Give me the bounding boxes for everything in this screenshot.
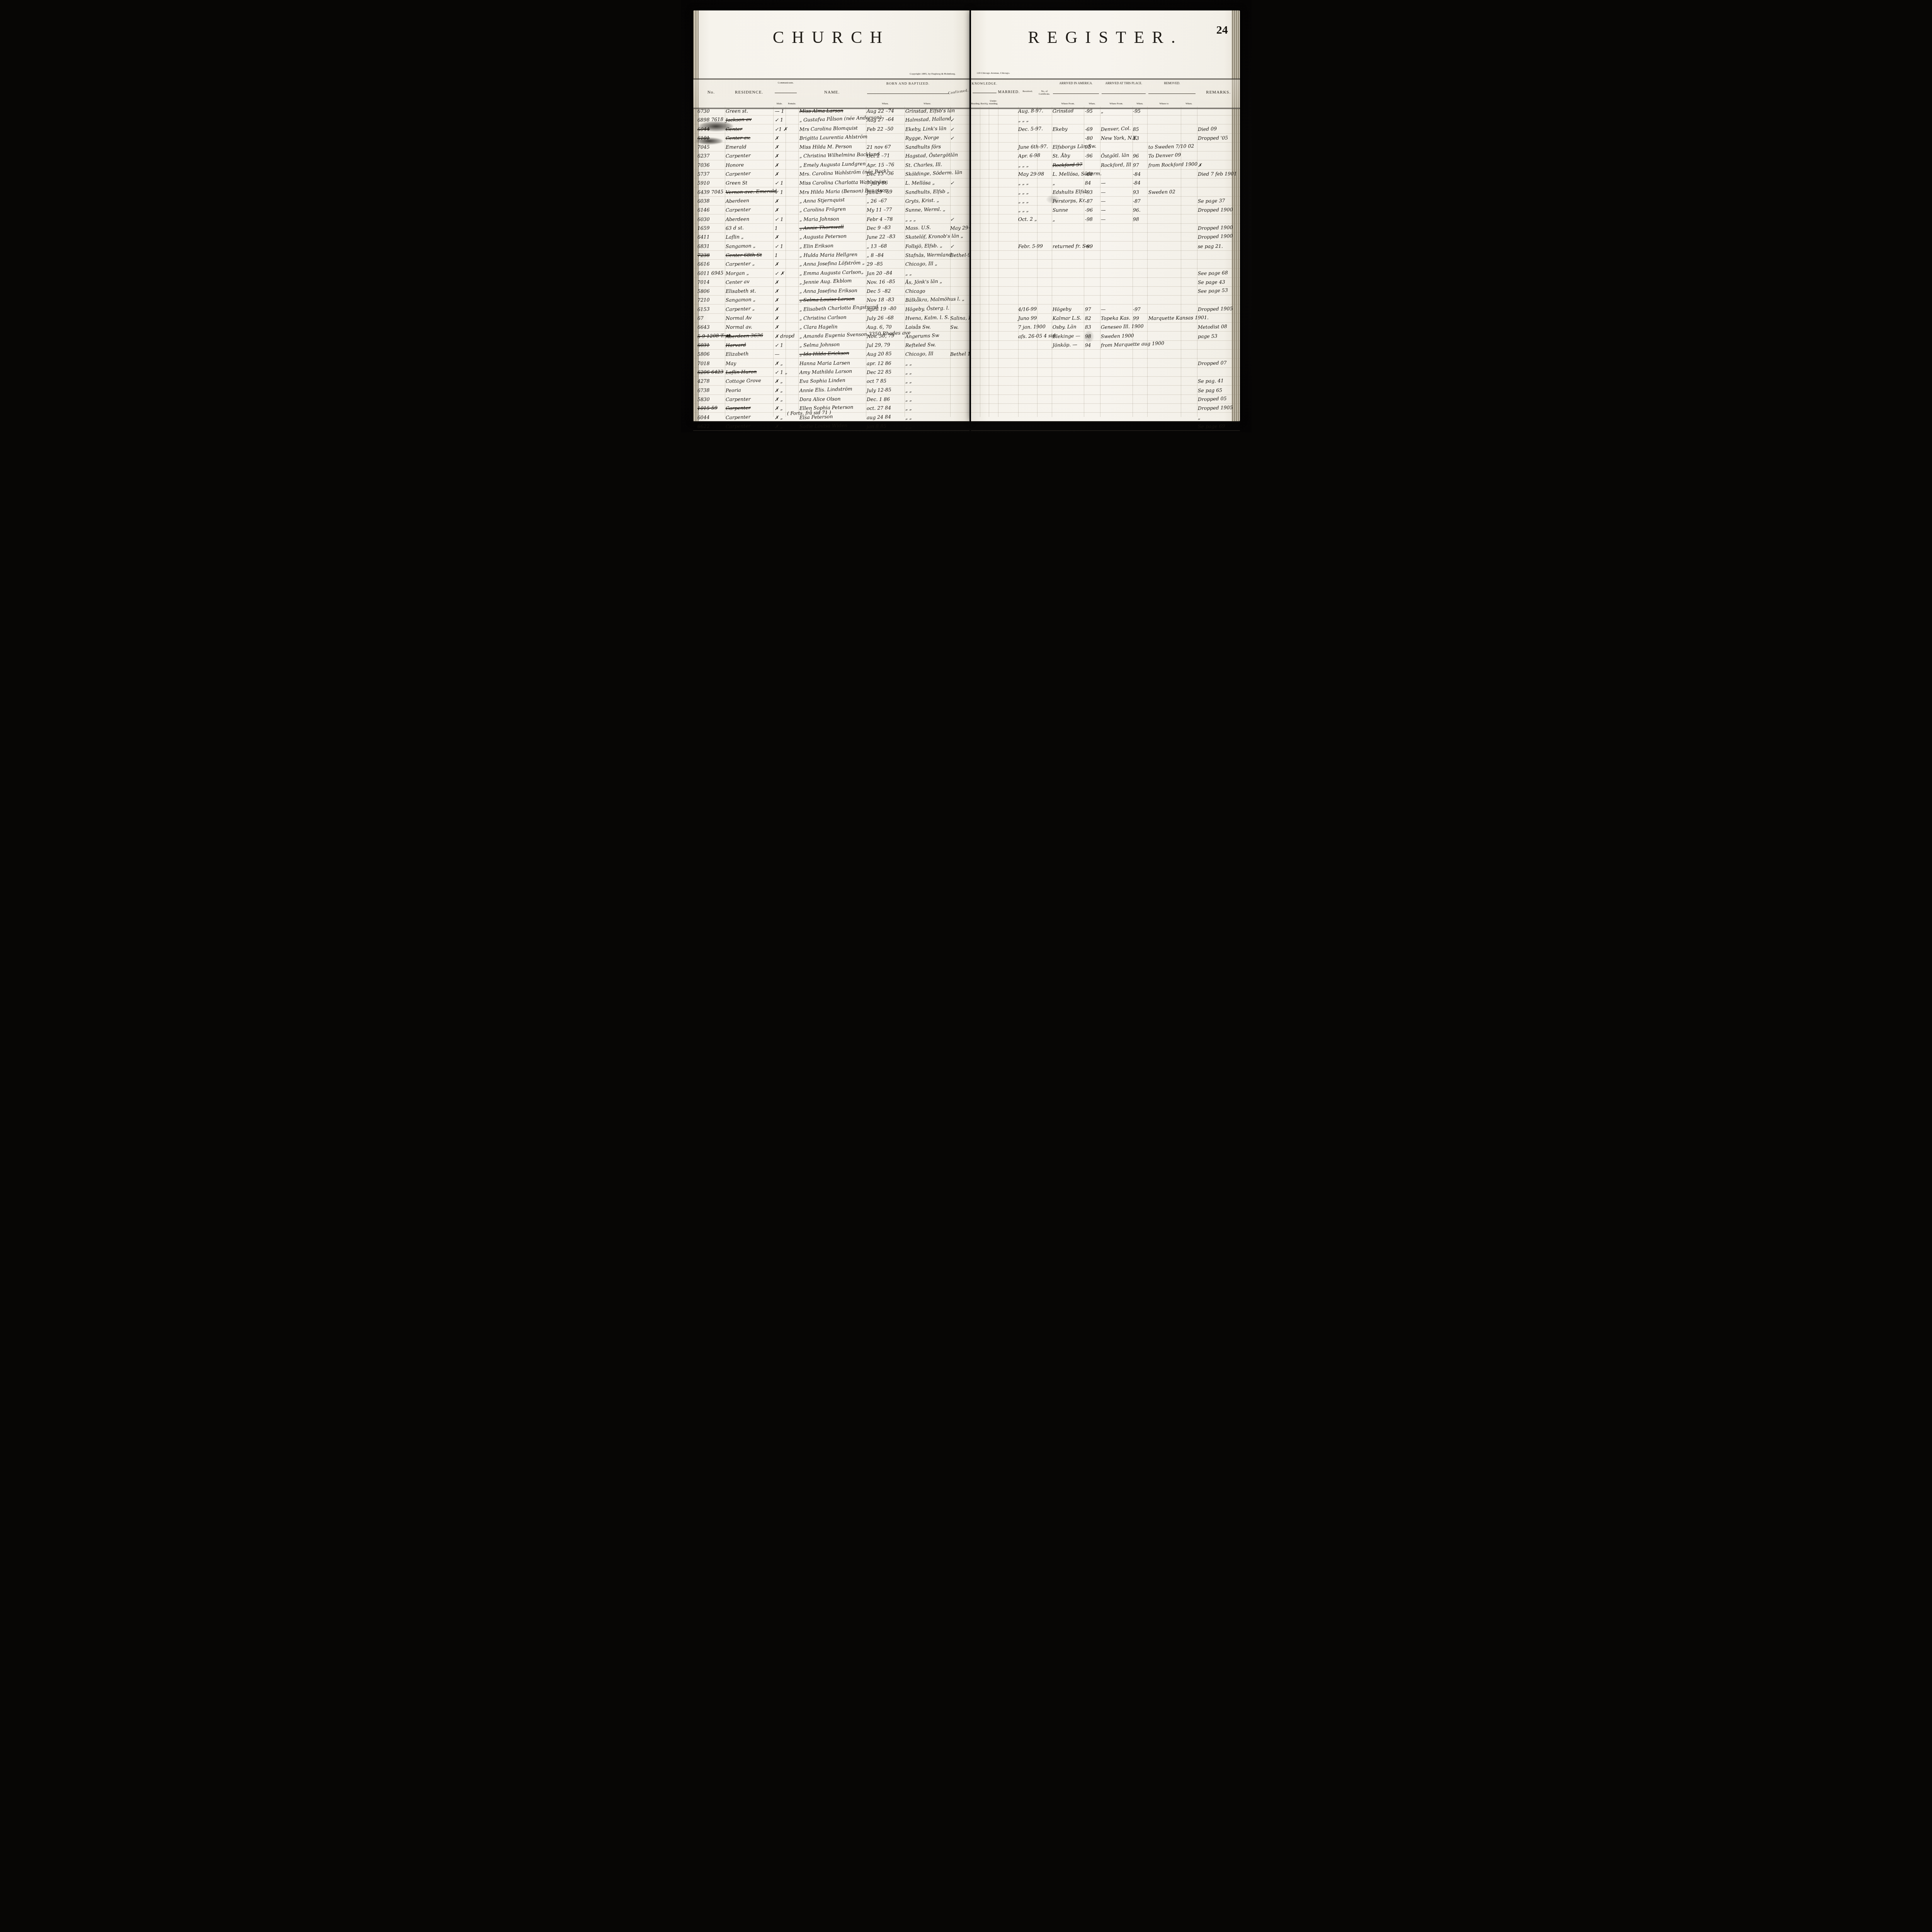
cell-name: Dora Alice Olson <box>799 396 841 403</box>
cell-no: 6146 <box>697 207 710 214</box>
cell-aplw: -97 <box>1133 306 1141 313</box>
register-row: June 6th-97.Elfsborgs Län Sw.95to Sweden… <box>971 143 1240 151</box>
cell-conf: ✓ <box>950 216 954 223</box>
cell-no: 6011 6945 <box>697 270 724 277</box>
register-row: 6030Aberdeen✓ 1„ Maria JohnsonFebr 4 –78… <box>693 214 969 223</box>
cell-com: ✗ <box>775 234 779 241</box>
register-row: 4/16-99Högeby97—-97Dropped 1905 <box>971 304 1240 313</box>
cell-where: Chicago <box>905 288 925 295</box>
cell-no: 6237 <box>697 153 710 160</box>
cell-name: Miss Alma Larson <box>799 108 844 115</box>
cell-conf: ✓ <box>950 117 954 124</box>
cell-where: „ „ <box>905 414 912 421</box>
cell-apl: Östgötl. län <box>1101 153 1129 160</box>
cell-aamw: -96 <box>1085 207 1093 214</box>
cell-aam: Högeby <box>1053 306 1071 313</box>
cell-rmk: Dropped 1900 <box>1198 234 1233 241</box>
right-page-rows: Aug. 8-97.Grinstad-95„-95„ „ „Dec. 5-97.… <box>971 107 1240 417</box>
register-row: See page 53 <box>971 287 1240 296</box>
cell-where: Chicago, Ill „ <box>905 261 937 268</box>
col-header-removed-when: When. <box>1181 103 1197 105</box>
cell-aam: Blekinge — <box>1053 333 1080 340</box>
col-header-aa-when: When. <box>1084 103 1100 105</box>
cell-where: Gryts, Krist. „ <box>905 198 939 205</box>
cell-aplw: 98 <box>1133 216 1139 223</box>
cell-apl: — <box>1101 216 1106 223</box>
cell-com: ✓1 ✗ <box>775 126 787 133</box>
cell-name: Annie Elis. Lindström <box>799 387 852 394</box>
cell-where: Sunne, Werml. „ <box>905 207 946 214</box>
cell-rem: Sweden 02 <box>1148 189 1175 196</box>
cell-when: jan 8 85 <box>867 423 886 430</box>
cell-when: Dec 22 85 <box>867 369 891 376</box>
cell-aplw: 97 <box>1133 162 1139 169</box>
born-rule <box>867 94 949 94</box>
cell-aam: Osby. Län <box>1053 324 1077 331</box>
cell-when: Dec 9 –83 <box>867 225 891 232</box>
left-page: CHURCH Copyright 1885, by Engberg & Holm… <box>693 10 969 421</box>
cell-apl: from Marquette aug 1900 <box>1101 342 1164 349</box>
cell-name: „ Selma Johnson <box>799 342 840 349</box>
cell-no: 5806 <box>697 351 710 358</box>
cell-res: Aberdeen 3636 <box>726 333 763 340</box>
cell-com: ✓ 1 <box>775 216 783 223</box>
cell-where: Grinstad, Elfsb's län <box>905 108 955 115</box>
cell-aplw: 96 <box>1133 153 1139 160</box>
cell-no: 6411 <box>697 234 710 241</box>
cell-res: Carpenter <box>726 423 751 430</box>
cell-name: „ Annie Thornwall <box>799 225 844 232</box>
register-row: 6411Laflin „✗„ Augusta PetersonJune 22 –… <box>693 233 969 241</box>
register-row: 5737Carpenter✗Mrs. Carolina Wahlström (n… <box>693 170 969 179</box>
cell-when: 29 –85 <box>867 261 883 268</box>
cell-com: ✗ <box>775 144 779 151</box>
cell-where: Hagstad, Östergötlän <box>905 153 958 160</box>
cell-no: 6622 <box>697 423 710 430</box>
cell-when: July 12-85 <box>867 387 891 394</box>
col-header-received: Received. <box>1018 90 1037 93</box>
register-row: Se pag. 41 <box>971 377 1240 386</box>
cell-rmk: page 53 <box>1198 333 1218 340</box>
register-row: 6738Peoria✗ „Annie Elis. LindströmJuly 1… <box>693 386 969 395</box>
cell-apl: Denver, Col. <box>1101 126 1131 133</box>
cell-rmk: Dropped 1905 <box>1198 306 1233 313</box>
cell-when: My 11 –77 <box>867 207 892 214</box>
cell-com: ✗ „ <box>775 414 783 421</box>
cell-rmk: Dropped '05 <box>1198 135 1228 142</box>
register-row: -80New York, N.Y.83Dropped '05 <box>971 134 1240 143</box>
cell-res: Morgan „ <box>726 270 749 277</box>
cell-when: Oct 2 –71 <box>867 153 890 160</box>
cell-com: ✗ „ <box>775 396 783 403</box>
cell-com: ✗ <box>775 153 779 160</box>
cell-aam: Edshults Elfsb <box>1053 189 1088 196</box>
cell-rec: May 29-98 <box>1018 171 1044 178</box>
cell-aam: L. Mellösa, Söderm. <box>1053 171 1102 178</box>
register-row: 5806Elisabeth st.✗„ Anna Josefina Erikso… <box>693 287 969 296</box>
cell-when: Jul 29, 79 <box>867 342 890 349</box>
copyright-line: Copyright 1885, by Engberg & Holmberg. <box>910 72 956 75</box>
right-page: REGISTER. 24 119 Chicago Avenue, Chicago… <box>971 10 1240 421</box>
cell-where: „ „ <box>905 378 912 385</box>
cell-res: Cottage Grove <box>726 378 761 385</box>
col-header-arrived-place: ARRIVED AT THIS PLACE. <box>1100 82 1147 85</box>
register-row: 6011 6945Morgan „✓ ✗„ Emma Augusta Carls… <box>693 269 969 277</box>
cell-rmk: Died 7 feb 1901 <box>1198 171 1237 178</box>
cell-res: Center 68th St <box>726 252 762 259</box>
cell-res: 63 d st. <box>726 225 744 232</box>
cell-no: 6030 <box>697 216 710 223</box>
register-row: Dropped 1900 <box>971 224 1240 233</box>
cell-when: Aug 20 85 <box>867 351 892 358</box>
cell-rec: Apr. 6-98 <box>1018 153 1041 160</box>
cell-rec: „ „ „ <box>1018 198 1029 205</box>
cell-name: „ Hulda Maria Hellgren <box>799 252 857 259</box>
cell-apl: — <box>1101 180 1106 187</box>
cell-no: 7238 <box>697 252 710 259</box>
register-row: 5-9 1208 T. stAberdeen 3636✗ dropd„ Aman… <box>693 332 969 340</box>
left-page-title: CHURCH <box>693 27 969 47</box>
register-row: 6439 7045Vernon ave. Emerald✓ 1Mrs Hilda… <box>693 187 969 196</box>
register-row: Se pag 65 <box>971 386 1240 395</box>
cell-com: ✓ 1 „ <box>775 369 787 376</box>
register-row: See page 68 <box>971 269 1240 277</box>
cell-com: ✗ <box>775 324 779 331</box>
register-row: 5830Carpenter✗ „Dora Alice OlsonDec. 1 8… <box>693 395 969 404</box>
register-row: 67Normal Av✗„ Christina CarlsonJuly 26 –… <box>693 314 969 323</box>
cell-rmk: „ <box>1198 414 1200 421</box>
register-row: 6622Carpenter✗ „Sadie Lovisa Widenjan 8 … <box>693 422 969 431</box>
cell-name: „ Selma Louisa Larson <box>799 297 855 304</box>
cell-res: Laflin Huron <box>726 369 757 376</box>
col-header-reciting: Recit'g. <box>980 103 989 105</box>
communicants-rule <box>775 93 797 93</box>
register-row: 4278Cottage Grove✗ „Eva Sophia Lindenoct… <box>693 377 969 386</box>
col-header-reading: Reading. <box>971 103 980 105</box>
cell-rem: To Denver 09 <box>1148 153 1181 160</box>
cell-when: „ 26 –67 <box>867 198 887 205</box>
cell-aam: „ <box>1053 180 1055 187</box>
register-row <box>971 296 1240 304</box>
cell-apl: — <box>1101 207 1106 214</box>
cell-apl: — <box>1101 306 1106 313</box>
register-row: „ „ „„84—-84 <box>971 179 1240 187</box>
cell-rmk: Dropped 1900 <box>1198 225 1233 232</box>
cell-no: 6643 <box>697 324 710 331</box>
cell-where: „ „ <box>905 423 912 430</box>
cell-com: ✗ „ <box>775 387 783 394</box>
col-header-when: When. <box>866 103 905 105</box>
cell-com: ✗ „ <box>775 423 783 430</box>
cell-apl: Sweden 1900 <box>1101 333 1134 340</box>
cell-when: Nov 18 –83 <box>867 297 895 304</box>
cell-name: „ Elin Erikson <box>799 243 833 250</box>
register-row: 6031Harvard✓ 1„ Selma JohnsonJul 29, 79R… <box>693 341 969 350</box>
cell-aplw: -95 <box>1133 108 1141 115</box>
cell-com: ✗ <box>775 279 779 286</box>
cell-aplw: 85 <box>1133 126 1139 133</box>
register-row: „ „ „Perstorps, Kr.-87—-87Se page 37 <box>971 197 1240 206</box>
cell-rmk: ✗ <box>1198 162 1202 169</box>
register-row: 7210Sangamon „✗„ Selma Louisa LarsonNov … <box>693 296 969 304</box>
cell-rec: 4/16-99 <box>1018 306 1037 313</box>
register-row: 6038Aberdeen✗„ Anna Stjernquist„ 26 –67G… <box>693 197 969 206</box>
cell-rec: 7 jan. 1900 <box>1018 324 1046 331</box>
cell-aamw: -93 <box>1085 189 1093 196</box>
register-row: 6044Carpenter✗ „Elsa Petersonaug 24 84„ … <box>693 413 969 422</box>
register-row: 7036Honore✗„ Emely Augusta LundgrenApr. … <box>693 160 969 169</box>
cell-no: 6031 <box>697 342 710 349</box>
cell-when: Jan 29 –69 <box>867 189 893 196</box>
cell-rmk: Dropped 07 <box>1198 360 1227 367</box>
cell-res: Carpenter <box>726 405 751 412</box>
cell-com: ✗ „ <box>775 378 783 385</box>
cell-aamw: -80 <box>1085 135 1093 142</box>
cell-where: „ „ <box>905 405 912 412</box>
register-row: 6643Normal av.✗„ Clara HagelinAug. 6, 70… <box>693 323 969 332</box>
cell-no: 6206 6423 <box>697 369 724 376</box>
cell-when: Apr. 15 –76 <box>867 162 895 169</box>
cell-conf: Bethel 19 <box>950 351 974 358</box>
cell-com: ✗ <box>775 288 779 295</box>
cell-apl: Topeka Kas. <box>1101 315 1130 322</box>
cell-name: „ Clara Hagelin <box>799 324 838 331</box>
cell-res: Carpenter <box>726 207 751 214</box>
cell-no: 6153 <box>697 306 710 313</box>
register-row: 6153Carpenter „✗„ Elisabeth Charlotta En… <box>693 304 969 313</box>
right-page-title: REGISTER. <box>971 27 1240 47</box>
col-header-communicants: Communicants. <box>773 82 798 85</box>
register-row: „ <box>971 413 1240 422</box>
register-row <box>971 251 1240 260</box>
register-row: Dropped 05 <box>971 395 1240 404</box>
cell-when: Nov. 30, 79 <box>867 333 895 340</box>
cell-conf: Sw. <box>950 324 959 331</box>
cell-when: Aug 27 –64 <box>867 117 894 124</box>
cell-no: 6730 <box>697 108 710 115</box>
cell-no: 5806 <box>697 288 710 295</box>
cell-aamw: 97 <box>1085 306 1091 313</box>
cell-res: Elisabeth st. <box>726 288 756 295</box>
cell-where: Halmstad, Halland <box>905 117 951 124</box>
cell-where: Sköldinge, Söderm. län <box>905 171 963 178</box>
cell-com: ✗ <box>775 306 779 313</box>
cell-aamw: -99 <box>1085 243 1093 250</box>
cell-when: oct. 27 84 <box>867 405 891 412</box>
cell-res: Carpenter „ <box>726 306 755 313</box>
cell-rmk: Se pag. 41 <box>1198 378 1224 385</box>
cell-where: Rygge, Norge <box>905 135 939 142</box>
cell-res: Sangamon „ <box>726 297 755 304</box>
cell-com: 1 <box>775 252 778 259</box>
cell-com: ✗ <box>775 297 779 304</box>
cell-rec: „ „ „ <box>1018 207 1029 214</box>
cell-com: ✓ ✗ <box>775 270 784 277</box>
register-row <box>971 260 1240 269</box>
col-header-ap-wherefrom: Where From. <box>1100 103 1132 105</box>
register-row: 7 jan. 1900Osby. Län83Geneseo Ill. 1900M… <box>971 323 1240 332</box>
cell-aam: Jönköp. — <box>1053 342 1077 349</box>
cell-name: „ Augusta Peterson <box>799 234 847 241</box>
register-row: 1015-59Carpenter✗ „Ellen Sophia Peterson… <box>693 404 969 413</box>
cell-rec: June 6th-97. <box>1018 144 1048 151</box>
cell-com: ✗ <box>775 198 779 205</box>
cell-rec: „ „ „ <box>1018 189 1029 196</box>
register-row: 6044Center✓1 ✗Mrs Carolina BlomquistFeb … <box>693 124 969 133</box>
cell-apl: Geneseo Ill. 1900 <box>1101 324 1144 331</box>
cell-no: 7014 <box>697 279 710 286</box>
cell-name: „ Anna Josefina Löfström „ <box>799 261 865 268</box>
cell-res: Emerald <box>726 144 747 151</box>
cell-rmk: Se page 69 <box>1198 423 1225 430</box>
register-row: 6237Carpenter✗„ Christina Wilhelmina Bac… <box>693 151 969 160</box>
cell-name: „ Christina Carlson <box>799 315 847 322</box>
cell-name: „ Emma Augusta Carlson„ <box>799 270 864 277</box>
cell-aplw: 83 <box>1133 135 1139 142</box>
cell-aamw: -96 <box>1085 153 1093 160</box>
cell-res: Peoria <box>726 387 741 394</box>
cell-name: Brigitta Laurentia Ahlström <box>799 135 867 142</box>
cell-where: „ „ <box>905 369 912 376</box>
cell-no: 6044 <box>697 414 710 421</box>
cell-when: Dec 5 –82 <box>867 288 891 295</box>
register-row: Dropped 07 <box>971 359 1240 367</box>
cell-aamw: -69 <box>1085 126 1093 133</box>
register-row: Dropped 1900 <box>971 233 1240 241</box>
cell-rem: to Sweden 7/10 02 <box>1148 144 1194 151</box>
cell-res: Harvard <box>726 342 746 349</box>
cell-com: ✗ <box>775 135 779 142</box>
cell-rmk: Se pag 65 <box>1198 387 1222 394</box>
cell-where: Hvena, Kalm. l. S. <box>905 315 949 322</box>
register-row <box>971 368 1240 377</box>
cell-name: „ Carolina Frögren <box>799 207 846 214</box>
cell-com: ✓ 1 <box>775 243 783 250</box>
right-header-band: KNOWLEDGE. Reading. Recit'g. Under-stand… <box>971 78 1240 109</box>
cell-res: Center av <box>726 279 750 286</box>
register-row: Jönköp. —94from Marquette aug 1900 <box>971 341 1240 350</box>
register-row: 7238Center 68th St1„ Hulda Maria Hellgre… <box>693 251 969 260</box>
ink-smudge <box>699 121 733 131</box>
col-header-no: No. <box>697 90 725 95</box>
cell-res: Normal av. <box>726 324 752 331</box>
cell-rmk: See page 53 <box>1198 288 1228 295</box>
cell-com: ✓ 1 <box>775 180 783 187</box>
cell-com: ✗ <box>775 315 779 322</box>
cell-aam: St. Åby <box>1053 153 1070 160</box>
col-header-ap-when: When. <box>1133 103 1147 105</box>
cell-res: Center av. <box>726 135 750 142</box>
cell-name: Eva Sophia Linden <box>799 378 845 385</box>
cell-where: Bälkåkra, Malmöhus l. „ <box>905 297 964 304</box>
cell-aplw: 96. <box>1133 207 1141 214</box>
cell-com: ✗ „ <box>775 360 783 367</box>
cell-where: L. Mellösa „ <box>905 180 935 187</box>
cell-when: oct 7 85 <box>867 378 886 385</box>
cell-where: Mass. U.S. <box>905 225 931 232</box>
continuation-note: ( Forts. frå sid 71 ) <box>787 410 831 416</box>
cell-rmk: se pag 21. <box>1198 243 1223 250</box>
cell-com: ✗ „ <box>775 405 783 412</box>
cell-com: ✗ <box>775 261 779 268</box>
register-row: Febr. 5-99returned fr. Sw.-99se pag 21. <box>971 241 1240 250</box>
cell-when: April 19 –80 <box>867 306 896 313</box>
cell-aam: Ekeby <box>1053 126 1068 133</box>
cell-com: ✗ dropd <box>775 333 795 340</box>
cell-when: Feb 22 –50 <box>867 126 893 133</box>
col-header-removed-whereto: Where to <box>1147 103 1181 105</box>
cell-where: Follsjö, Elfsb. „ <box>905 243 942 250</box>
cell-no: 6831 <box>697 243 710 250</box>
cell-aplw: -87 <box>1133 198 1141 205</box>
col-header-name: NAME. <box>798 90 866 95</box>
cell-res: May <box>726 360 736 367</box>
register-row: 7045Emerald✗Miss Hilda M. Person21 nov 6… <box>693 143 969 151</box>
cell-com: ✗ <box>775 207 779 214</box>
cell-no: 6439 7045 <box>697 189 724 196</box>
register-row: May 29-98L. Mellösa, Söderm.-88-84Died 7… <box>971 170 1240 179</box>
col-header-female: Female. <box>786 103 798 105</box>
cell-aplw: 99 <box>1133 315 1139 322</box>
col-header-understanding: Under-standing. <box>989 100 998 105</box>
cell-apl: New York, N.Y. <box>1101 135 1137 142</box>
col-header-removed: REMOVED. <box>1147 82 1197 85</box>
cell-no: 5910 <box>697 180 710 187</box>
cell-where: Ekeby, Link's län <box>905 126 947 133</box>
cell-aamw: 83 <box>1085 324 1091 331</box>
cell-res: Honore <box>726 162 744 169</box>
col-header-born-baptized: BORN AND BAPTIZED. <box>866 82 950 85</box>
cell-no: 6038 <box>697 198 710 205</box>
cell-no: 4278 <box>697 378 710 385</box>
cell-no: 7018 <box>697 360 710 367</box>
cell-where: „ „ <box>905 270 912 277</box>
cell-res: Jackson av <box>726 117 752 124</box>
cell-aam: Sunne <box>1053 207 1068 214</box>
register-row: „ „ „ <box>971 116 1240 124</box>
cell-res: Normal Av <box>726 315 752 322</box>
cell-rem: Marquette Kansas 1901. <box>1148 315 1209 322</box>
cell-rmk: Se page 37 <box>1198 198 1225 205</box>
cell-name: Miss Hilda M. Person <box>799 144 852 151</box>
cell-name: Sadie Lovisa Widen <box>799 423 847 430</box>
cell-rem: from Rockford 1900 <box>1148 162 1197 169</box>
arr-place-rule <box>1102 94 1146 94</box>
register-row: 6101Center av.✗Brigitta Laurentia Ahlstr… <box>693 134 969 143</box>
cell-no: 1015-59 <box>697 405 718 412</box>
cell-where: Stafnäs, Wermland <box>905 252 952 259</box>
col-header-arrived-america: ARRIVED IN AMERICA. <box>1052 82 1100 85</box>
cell-when: 7 july 66 <box>867 180 888 187</box>
cell-rec: afs. 26-05 4 sid <box>1018 333 1056 340</box>
cell-aamw: -88 <box>1085 171 1093 178</box>
col-header-male: Male. <box>773 103 786 105</box>
cell-name: „ Emely Augusta Lundgren <box>799 162 866 169</box>
cell-where: „ „ „ <box>905 216 916 223</box>
cell-where: Sandhults förs <box>905 144 941 151</box>
scanned-register-spread: CHURCH Copyright 1885, by Engberg & Holm… <box>681 0 1252 432</box>
cell-conf: ✓ <box>950 180 954 187</box>
register-row: „ „ „Sunne-96—96.Dropped 1900 <box>971 206 1240 214</box>
cell-where: „ „ <box>905 387 912 394</box>
cell-res: Carpenter „ <box>726 261 755 268</box>
knowledge-rule <box>973 93 997 93</box>
cell-rec: „ „ „ <box>1018 180 1029 187</box>
register-row: afs. 26-05 4 sidBlekinge —98Sweden 1900p… <box>971 332 1240 340</box>
cell-name: Hanna Maria Larsen <box>799 360 850 367</box>
cell-aamw: -98 <box>1085 216 1093 223</box>
cell-rmk: Dropped 1905 <box>1198 405 1233 412</box>
